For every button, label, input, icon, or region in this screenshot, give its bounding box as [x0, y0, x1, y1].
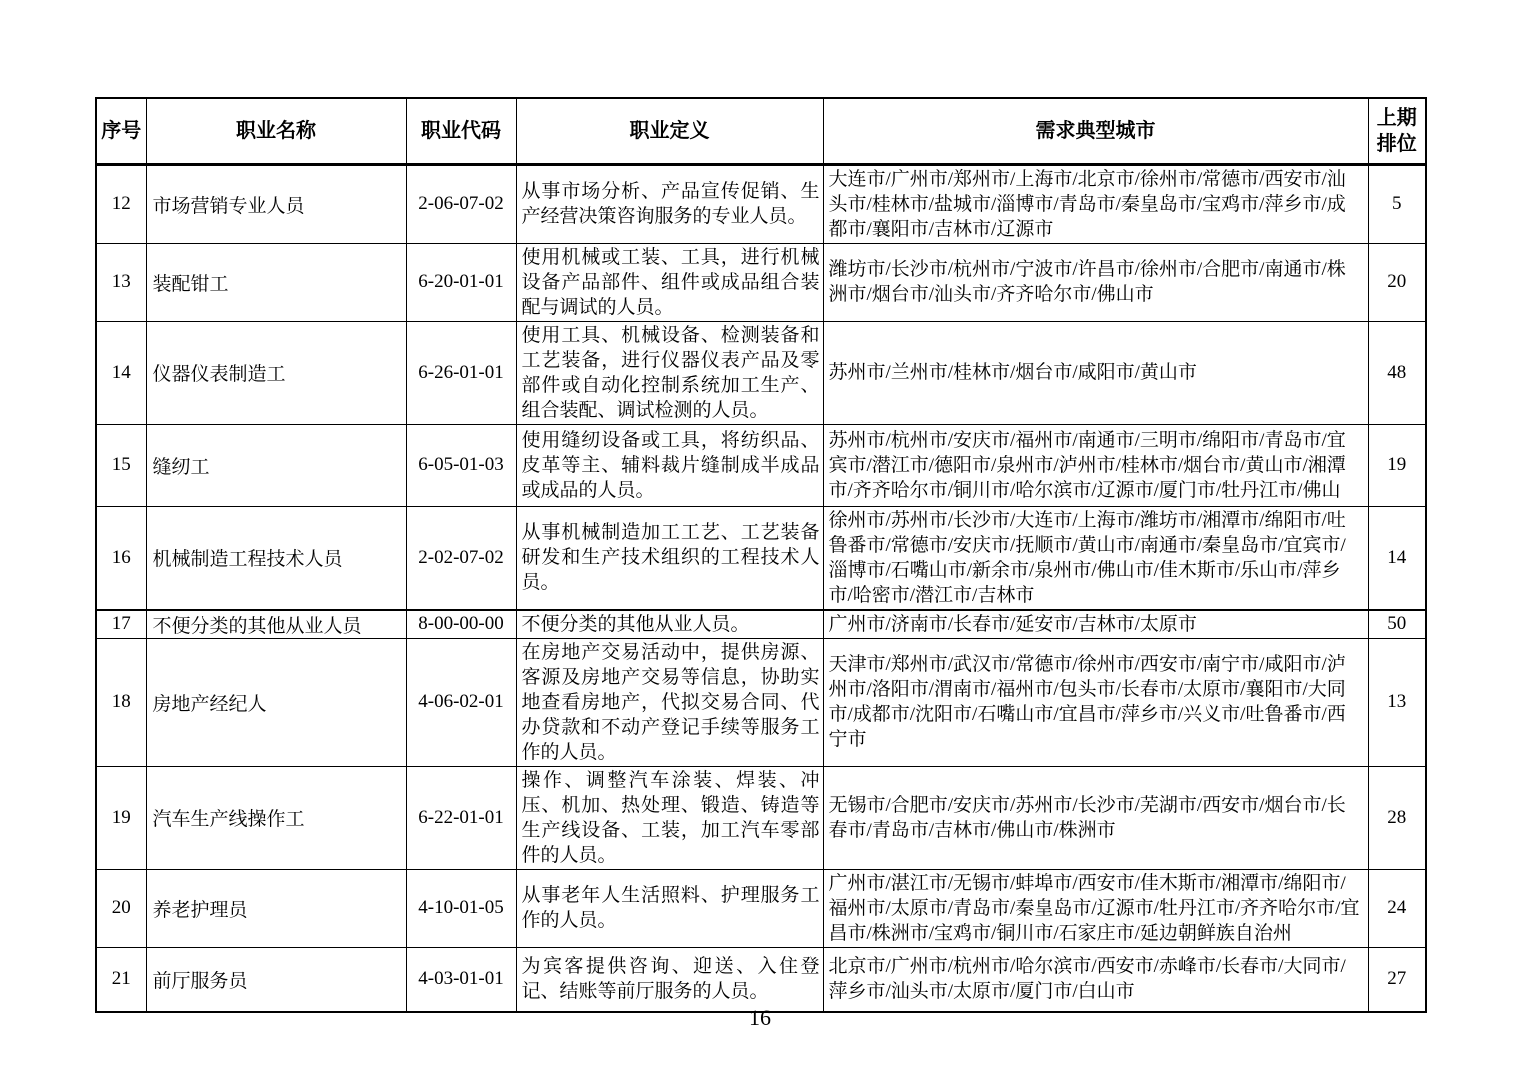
definition-cell: 为宾客提供咨询、迎送、入住登记、结账等前厅服务的人员。 [516, 947, 823, 1012]
serial-number-cell: 15 [96, 424, 146, 506]
definition-cell: 不便分类的其他从业人员。 [516, 610, 823, 639]
occupation-name-cell: 仪器仪表制造工 [146, 321, 406, 424]
table-row: 17 不便分类的其他从业人员 8-00-00-00 不便分类的其他从业人员。 广… [96, 610, 1426, 639]
previous-rank-cell: 48 [1368, 321, 1426, 424]
table-row: 19 汽车生产线操作工 6-22-01-01 操作、调整汽车涂装、焊装、冲压、机… [96, 766, 1426, 869]
definition-cell: 使用缝纫设备或工具，将纺织品、皮革等主、辅料裁片缝制成半成品或成品的人员。 [516, 424, 823, 506]
demand-cities-cell: 无锡市/合肥市/安庆市/苏州市/长沙市/芜湖市/西安市/烟台市/长春市/青岛市/… [823, 766, 1368, 869]
document-page: 序号 职业名称 职业代码 职业定义 需求典型城市 上期排位 12 市场营销专业人… [0, 0, 1520, 1074]
occupation-code-cell: 2-02-07-02 [406, 506, 516, 610]
previous-rank-cell: 20 [1368, 243, 1426, 321]
previous-rank-cell: 14 [1368, 506, 1426, 610]
occupation-code-cell: 6-22-01-01 [406, 766, 516, 869]
definition-cell: 在房地产交易活动中，提供房源、客源及房地产交易等信息，协助实地查看房地产，代拟交… [516, 638, 823, 766]
previous-rank-cell: 13 [1368, 638, 1426, 766]
serial-number-cell: 19 [96, 766, 146, 869]
table-row: 21 前厅服务员 4-03-01-01 为宾客提供咨询、迎送、入住登记、结账等前… [96, 947, 1426, 1012]
definition-cell: 从事市场分析、产品宣传促销、生产经营决策咨询服务的专业人员。 [516, 164, 823, 243]
demand-cities-cell: 广州市/湛江市/无锡市/蚌埠市/西安市/佳木斯市/湘潭市/绵阳市/福州市/太原市… [823, 869, 1368, 947]
header-previous-rank: 上期排位 [1368, 98, 1426, 164]
demand-cities-cell: 潍坊市/长沙市/杭州市/宁波市/许昌市/徐州市/合肥市/南通市/株洲市/烟台市/… [823, 243, 1368, 321]
serial-number-cell: 12 [96, 164, 146, 243]
previous-rank-cell: 19 [1368, 424, 1426, 506]
header-occupation-definition: 职业定义 [516, 98, 823, 164]
demand-cities-cell: 苏州市/兰州市/桂林市/烟台市/咸阳市/黄山市 [823, 321, 1368, 424]
occupation-name-cell: 缝纫工 [146, 424, 406, 506]
occupation-code-cell: 4-03-01-01 [406, 947, 516, 1012]
serial-number-cell: 17 [96, 610, 146, 639]
occupation-code-cell: 4-06-02-01 [406, 638, 516, 766]
definition-cell: 使用工具、机械设备、检测装备和工艺装备，进行仪器仪表产品及零部件或自动化控制系统… [516, 321, 823, 424]
serial-number-cell: 20 [96, 869, 146, 947]
occupation-name-cell: 养老护理员 [146, 869, 406, 947]
occupation-code-cell: 6-05-01-03 [406, 424, 516, 506]
occupation-name-cell: 市场营销专业人员 [146, 164, 406, 243]
occupation-name-cell: 房地产经纪人 [146, 638, 406, 766]
serial-number-cell: 16 [96, 506, 146, 610]
definition-cell: 从事机械制造加工工艺、工艺装备研发和生产技术组织的工程技术人员。 [516, 506, 823, 610]
table-row: 14 仪器仪表制造工 6-26-01-01 使用工具、机械设备、检测装备和工艺装… [96, 321, 1426, 424]
definition-cell: 从事老年人生活照料、护理服务工作的人员。 [516, 869, 823, 947]
serial-number-cell: 21 [96, 947, 146, 1012]
previous-rank-cell: 28 [1368, 766, 1426, 869]
demand-cities-cell: 大连市/广州市/郑州市/上海市/北京市/徐州市/常德市/西安市/汕头市/桂林市/… [823, 164, 1368, 243]
previous-rank-cell: 24 [1368, 869, 1426, 947]
demand-cities-cell: 广州市/济南市/长春市/延安市/吉林市/太原市 [823, 610, 1368, 639]
header-occupation-code: 职业代码 [406, 98, 516, 164]
occupation-name-cell: 前厅服务员 [146, 947, 406, 1012]
occupation-code-cell: 8-00-00-00 [406, 610, 516, 639]
occupation-code-cell: 6-26-01-01 [406, 321, 516, 424]
previous-rank-cell: 50 [1368, 610, 1426, 639]
table-row: 13 装配钳工 6-20-01-01 使用机械或工装、工具，进行机械设备产品部件… [96, 243, 1426, 321]
table-row: 16 机械制造工程技术人员 2-02-07-02 从事机械制造加工工艺、工艺装备… [96, 506, 1426, 610]
occupation-code-cell: 2-06-07-02 [406, 164, 516, 243]
definition-cell: 操作、调整汽车涂装、焊装、冲压、机加、热处理、锻造、铸造等生产线设备、工装，加工… [516, 766, 823, 869]
header-demand-cities: 需求典型城市 [823, 98, 1368, 164]
occupation-table: 序号 职业名称 职业代码 职业定义 需求典型城市 上期排位 12 市场营销专业人… [95, 97, 1427, 1013]
table-row: 15 缝纫工 6-05-01-03 使用缝纫设备或工具，将纺织品、皮革等主、辅料… [96, 424, 1426, 506]
header-row: 序号 职业名称 职业代码 职业定义 需求典型城市 上期排位 [96, 98, 1426, 164]
table-row: 12 市场营销专业人员 2-06-07-02 从事市场分析、产品宣传促销、生产经… [96, 164, 1426, 243]
occupation-code-cell: 6-20-01-01 [406, 243, 516, 321]
definition-cell: 使用机械或工装、工具，进行机械设备产品部件、组件或成品组合装配与调试的人员。 [516, 243, 823, 321]
occupation-code-cell: 4-10-01-05 [406, 869, 516, 947]
page-number: 16 [0, 1005, 1520, 1031]
header-serial-number: 序号 [96, 98, 146, 164]
demand-cities-cell: 苏州市/杭州市/安庆市/福州市/南通市/三明市/绵阳市/青岛市/宜宾市/潜江市/… [823, 424, 1368, 506]
table-body: 12 市场营销专业人员 2-06-07-02 从事市场分析、产品宣传促销、生产经… [96, 164, 1426, 1012]
serial-number-cell: 18 [96, 638, 146, 766]
occupation-name-cell: 机械制造工程技术人员 [146, 506, 406, 610]
table-row: 20 养老护理员 4-10-01-05 从事老年人生活照料、护理服务工作的人员。… [96, 869, 1426, 947]
previous-rank-cell: 27 [1368, 947, 1426, 1012]
occupation-name-cell: 装配钳工 [146, 243, 406, 321]
demand-cities-cell: 北京市/广州市/杭州市/哈尔滨市/西安市/赤峰市/长春市/大同市/萍乡市/汕头市… [823, 947, 1368, 1012]
demand-cities-cell: 徐州市/苏州市/长沙市/大连市/上海市/潍坊市/湘潭市/绵阳市/吐鲁番市/常德市… [823, 506, 1368, 610]
occupation-name-cell: 汽车生产线操作工 [146, 766, 406, 869]
table-row: 18 房地产经纪人 4-06-02-01 在房地产交易活动中，提供房源、客源及房… [96, 638, 1426, 766]
demand-cities-cell: 天津市/郑州市/武汉市/常德市/徐州市/西安市/南宁市/咸阳市/泸州市/洛阳市/… [823, 638, 1368, 766]
serial-number-cell: 14 [96, 321, 146, 424]
occupation-name-cell: 不便分类的其他从业人员 [146, 610, 406, 639]
header-occupation-name: 职业名称 [146, 98, 406, 164]
previous-rank-cell: 5 [1368, 164, 1426, 243]
serial-number-cell: 13 [96, 243, 146, 321]
